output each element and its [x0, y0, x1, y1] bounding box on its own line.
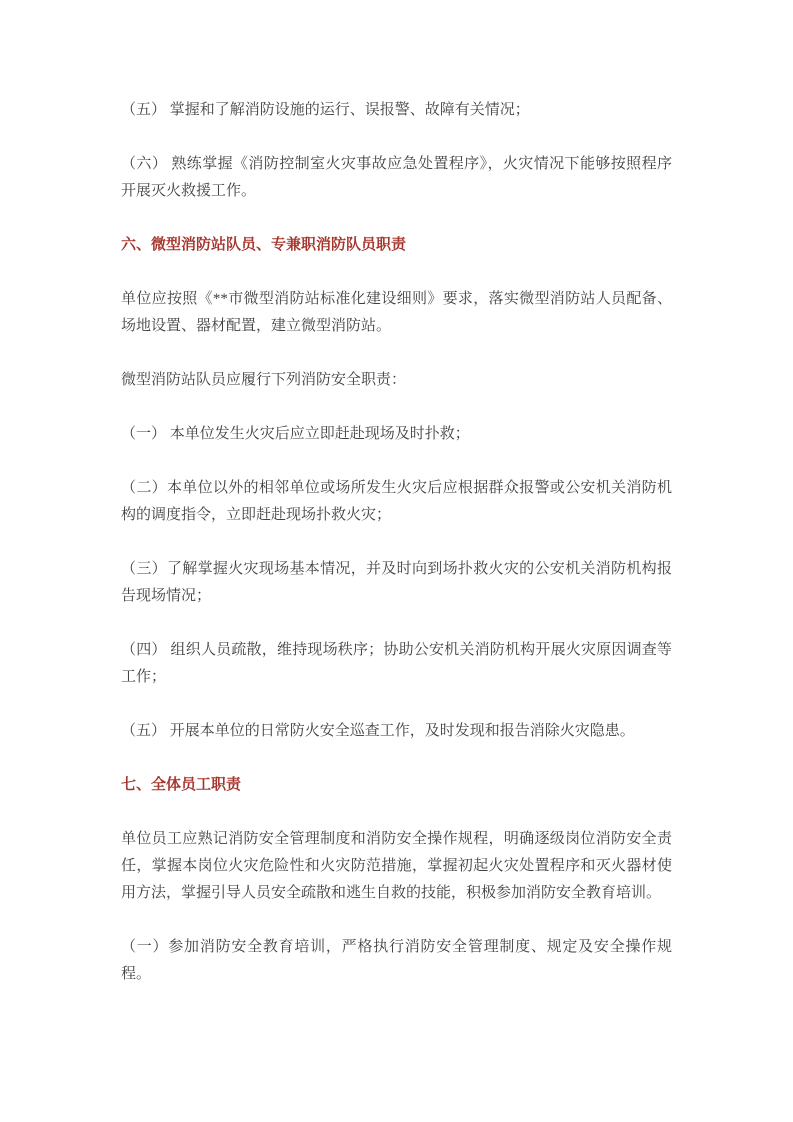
paragraph-staff-duty-1: （一）参加消防安全教育培训，严格执行消防安全管理制度、规定及安全操作规程。 [121, 934, 672, 988]
paragraph-duty-2: （二）本单位以外的相邻单位或场所发生火灾后应根据群众报警或公安机关消防机构的调度… [121, 475, 672, 529]
document-page: （五） 掌握和了解消防设施的运行、误报警、故障有关情况； （六） 熟练掌握《消防… [0, 0, 793, 1122]
section-heading-7: 七、全体员工职责 [121, 772, 672, 799]
paragraph-duty-intro: 微型消防站队员应履行下列消防安全职责： [121, 367, 672, 394]
section-heading-6: 六、微型消防站队员、专兼职消防队员职责 [121, 232, 672, 259]
paragraph-staff-duty-intro: 单位员工应熟记消防安全管理制度和消防安全操作规程，明确逐级岗位消防安全责任，掌握… [121, 826, 672, 907]
paragraph-item-5: （五） 掌握和了解消防设施的运行、误报警、故障有关情况； [121, 97, 672, 124]
paragraph-item-6: （六） 熟练掌握《消防控制室火灾事故应急处置程序》，火灾情况下能够按照程序开展灭… [121, 151, 672, 205]
paragraph-duty-3: （三）了解掌握火灾现场基本情况，并及时向到场扑救火灾的公安机关消防机构报告现场情… [121, 556, 672, 610]
paragraph-duty-4: （四） 组织人员疏散，维持现场秩序；协助公安机关消防机构开展火灾原因调查等工作； [121, 637, 672, 691]
paragraph-unit-requirement: 单位应按照《**市微型消防站标准化建设细则》要求，落实微型消防站人员配备、场地设… [121, 286, 672, 340]
paragraph-duty-1: （一） 本单位发生火灾后应立即赶赴现场及时扑救； [121, 421, 672, 448]
paragraph-duty-5: （五） 开展本单位的日常防火安全巡查工作，及时发现和报告消除火灾隐患。 [121, 718, 672, 745]
